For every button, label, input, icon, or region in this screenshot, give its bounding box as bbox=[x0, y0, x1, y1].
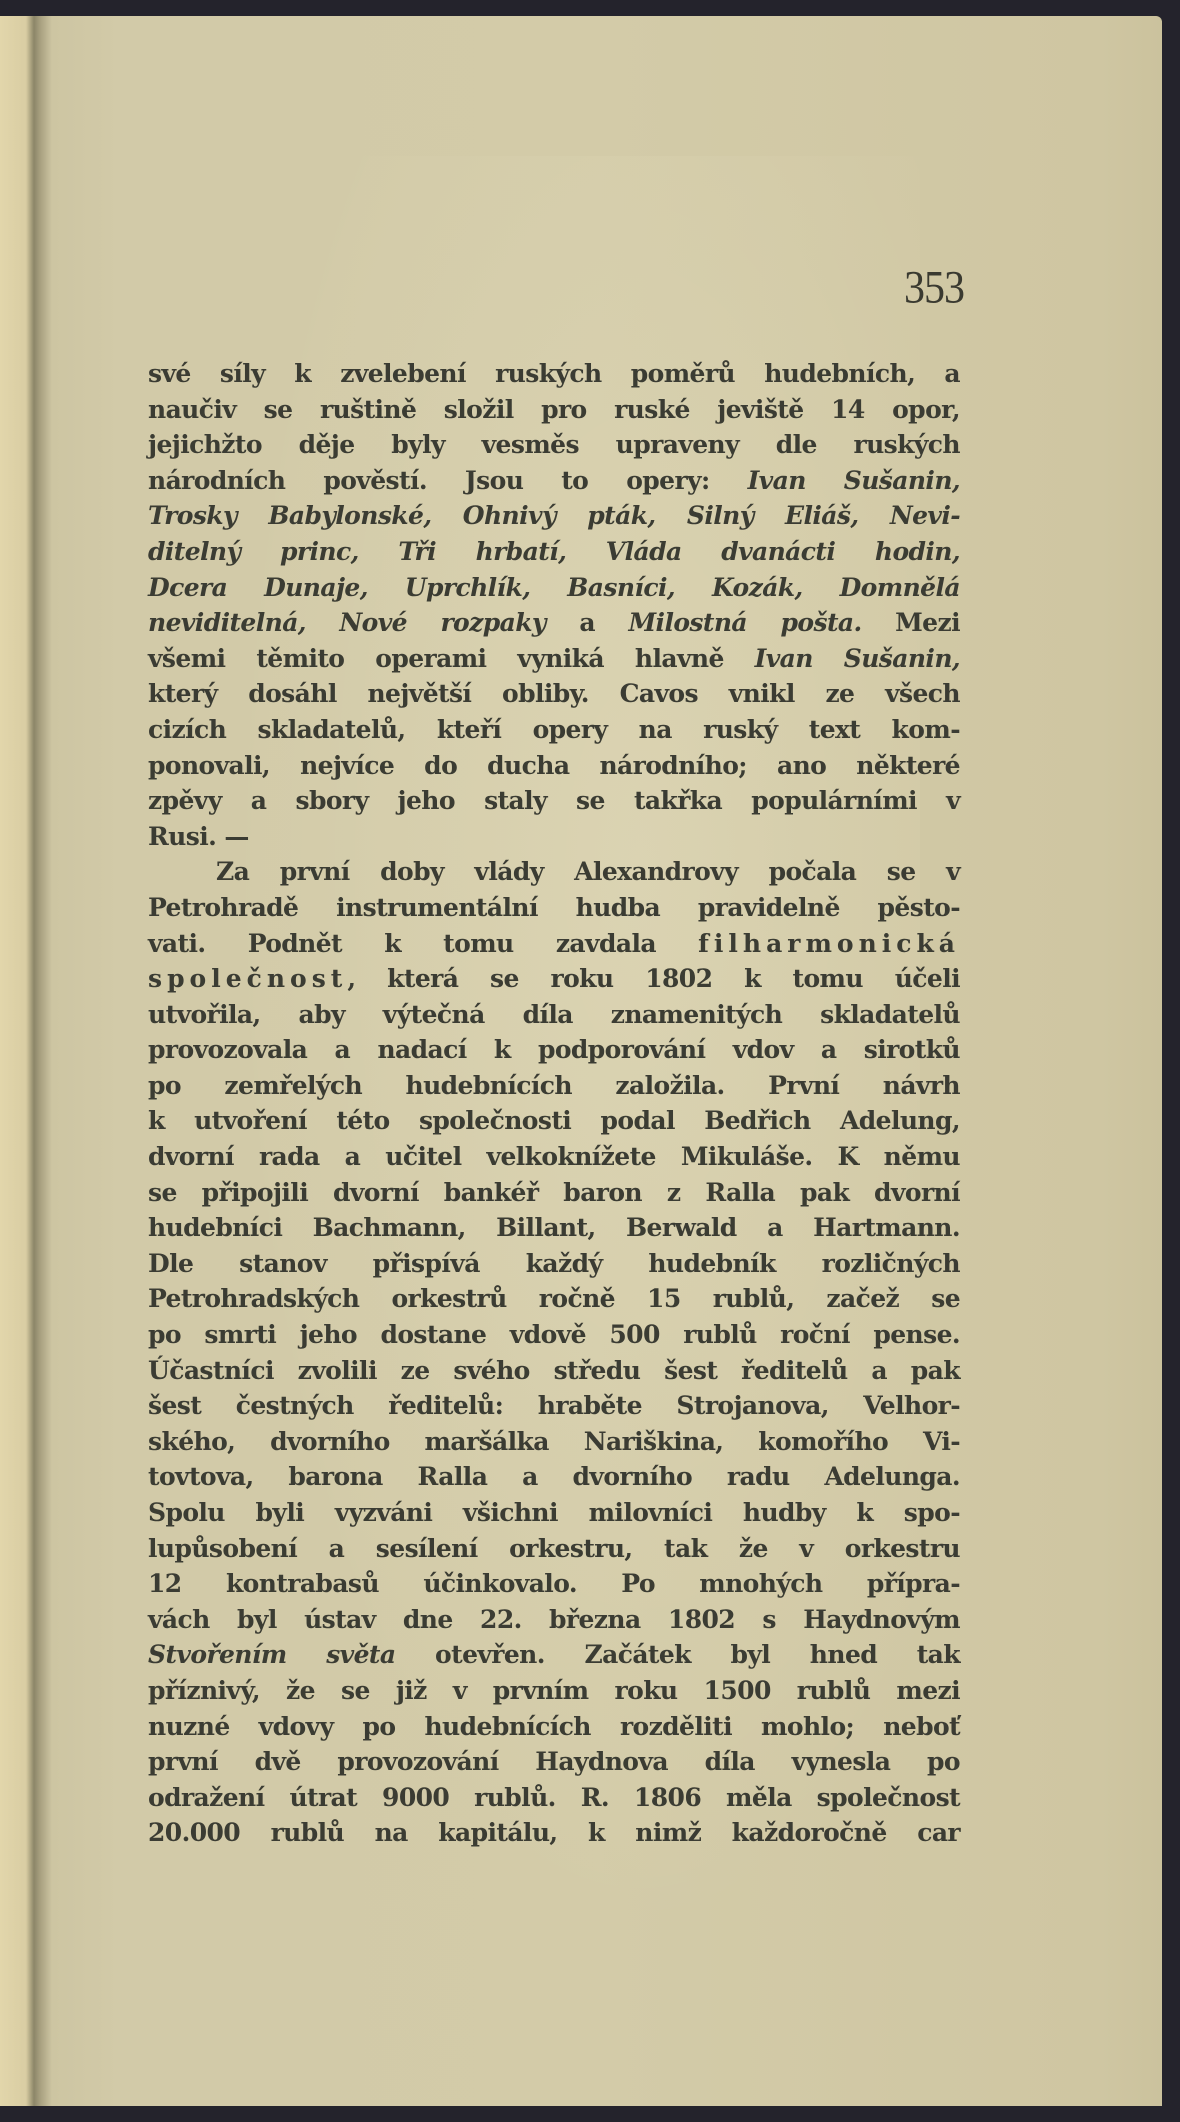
text-line: provozovala a nadací k podporování vdov … bbox=[148, 1032, 960, 1068]
text-line: Stvořením světa otevřen. Začátek byl hne… bbox=[148, 1637, 960, 1673]
text-segment: nuzné vdovy po hudebnících rozděliti moh… bbox=[148, 1712, 960, 1741]
text-segment: vách byl ústav dne 22. března 1802 s Hay… bbox=[148, 1605, 960, 1634]
text-line: Spolu byli vyzváni všichni milovníci hud… bbox=[148, 1495, 960, 1531]
text-line: všemi těmito operami vyniká hlavně Ivan … bbox=[148, 641, 960, 677]
text-segment: šest čestných ředitelů: hraběte Strojano… bbox=[148, 1391, 960, 1420]
text-line: jejichžto děje byly vesměs upraveny dle … bbox=[148, 427, 960, 463]
text-line: 20.000 rublů na kapitálu, k nimž každoro… bbox=[148, 1815, 960, 1851]
text-line: vati. Podnět k tomu zavdala filharmonick… bbox=[148, 926, 960, 962]
text-line: příznivý, že se již v prvním roku 1500 r… bbox=[148, 1673, 960, 1709]
text-line: který dosáhl největší obliby. Cavos vnik… bbox=[148, 676, 960, 712]
italic-title: Trosky Babylonské, Ohnivý pták, Silný El… bbox=[148, 501, 960, 530]
text-segment: vati. Podnět k tomu zavdala bbox=[148, 929, 698, 958]
text-line: tovtova, barona Ralla a dvorního radu Ad… bbox=[148, 1459, 960, 1495]
text-line: nuzné vdovy po hudebnících rozděliti moh… bbox=[148, 1709, 960, 1745]
text-line: k utvoření této společnosti podal Bedřic… bbox=[148, 1103, 960, 1139]
text-segment: který dosáhl největší obliby. Cavos vnik… bbox=[148, 679, 960, 708]
text-segment: Rusi. — bbox=[148, 822, 249, 851]
text-line: po zemřelých hudebnících založila. První… bbox=[148, 1068, 960, 1104]
text-segment: provozovala a nadací k podporování vdov … bbox=[148, 1035, 960, 1064]
text-line: se připojili dvorní bankéř baron z Ralla… bbox=[148, 1175, 960, 1211]
text-segment: otevřen. Začátek byl hned tak bbox=[395, 1640, 960, 1669]
text-segment: a bbox=[546, 608, 629, 637]
italic-title: ditelný princ, Tři hrbatí, Vláda dvanáct… bbox=[148, 537, 960, 566]
text-segment: první dvě provozování Haydnova díla vyne… bbox=[148, 1747, 960, 1776]
text-segment: Petrohradských orkestrů ročně 15 rublů, … bbox=[148, 1284, 960, 1313]
text-line: Dle stanov přispívá každý hudebník rozli… bbox=[148, 1246, 960, 1282]
text-segment: 12 kontrabasů účinkovalo. Po mnohých pří… bbox=[148, 1569, 960, 1598]
text-line: Petrohradských orkestrů ročně 15 rublů, … bbox=[148, 1281, 960, 1317]
text-line: utvořila, aby výtečná díla znamenitých s… bbox=[148, 997, 960, 1033]
text-line: Trosky Babylonské, Ohnivý pták, Silný El… bbox=[148, 498, 960, 534]
text-segment: se připojili dvorní bankéř baron z Ralla… bbox=[148, 1178, 960, 1207]
text-line: ditelný princ, Tři hrbatí, Vláda dvanáct… bbox=[148, 534, 960, 570]
page-number: 353 bbox=[884, 262, 964, 315]
text-segment: všemi těmito operami vyniká hlavně bbox=[148, 644, 755, 673]
text-segment: Spolu byli vyzváni všichni milovníci hud… bbox=[148, 1498, 960, 1527]
text-segment: dvorní rada a učitel velkoknížete Mikulá… bbox=[148, 1142, 960, 1171]
text-line: šest čestných ředitelů: hraběte Strojano… bbox=[148, 1388, 960, 1424]
italic-title: Milostná pošta. bbox=[628, 608, 861, 637]
text-line: první dvě provozování Haydnova díla vyne… bbox=[148, 1744, 960, 1780]
italic-title: Ivan Sušanin, bbox=[755, 644, 960, 673]
text-segment: po smrti jeho dostane vdově 500 rublů ro… bbox=[148, 1320, 960, 1349]
text-segment: příznivý, že se již v prvním roku 1500 r… bbox=[148, 1676, 960, 1705]
text-segment: lupůsobení a sesílení orkestru, tak že v… bbox=[148, 1534, 960, 1563]
text-segment: tovtova, barona Ralla a dvorního radu Ad… bbox=[148, 1462, 960, 1491]
text-line: hudebníci Bachmann, Billant, Berwald a H… bbox=[148, 1210, 960, 1246]
text-segment: po zemřelých hudebnících založila. První… bbox=[148, 1071, 960, 1100]
spaced-emphasis: filharmonická bbox=[698, 929, 960, 958]
text-line: zpěvy a sbory jeho staly se takřka popul… bbox=[148, 783, 960, 819]
text-line: ského, dvorního maršálka Nariškina, komo… bbox=[148, 1424, 960, 1460]
text-segment: naučiv se ruštině složil pro ruské jeviš… bbox=[148, 395, 960, 424]
text-segment: Účastníci zvolili ze svého středu šest ř… bbox=[148, 1356, 960, 1385]
text-line: ponovali, nejvíce do ducha národního; an… bbox=[148, 748, 960, 784]
text-segment: své síly k zvelebení ruských poměrů hude… bbox=[148, 359, 960, 388]
text-line: naučiv se ruštině složil pro ruské jeviš… bbox=[148, 392, 960, 428]
body-text: své síly k zvelebení ruských poměrů hude… bbox=[148, 356, 960, 1851]
text-line: národních pověstí. Jsou to opery: Ivan S… bbox=[148, 463, 960, 499]
text-line: neviditelná, Nové rozpaky a Milostná poš… bbox=[148, 605, 960, 641]
italic-title: neviditelná, Nové rozpaky bbox=[148, 608, 546, 637]
text-segment: Mezi bbox=[862, 608, 960, 637]
text-line: své síly k zvelebení ruských poměrů hude… bbox=[148, 356, 960, 392]
text-line: společnost, která se roku 1802 k tomu úč… bbox=[148, 961, 960, 997]
italic-title: Dcera Dunaje, Uprchlík, Basníci, Kozák, … bbox=[148, 573, 960, 602]
text-line: lupůsobení a sesílení orkestru, tak že v… bbox=[148, 1531, 960, 1567]
text-segment: hudebníci Bachmann, Billant, Berwald a H… bbox=[148, 1213, 960, 1242]
text-segment: ponovali, nejvíce do ducha národního; an… bbox=[148, 751, 960, 780]
text-segment: utvořila, aby výtečná díla znamenitých s… bbox=[148, 1000, 960, 1029]
text-segment: , která se roku 1802 k tomu účeli bbox=[347, 964, 960, 993]
text-line: odražení útrat 9000 rublů. R. 1806 měla … bbox=[148, 1780, 960, 1816]
spaced-emphasis: společnost bbox=[148, 964, 347, 993]
text-segment: k utvoření této společnosti podal Bedřic… bbox=[148, 1106, 960, 1135]
text-line: po smrti jeho dostane vdově 500 rublů ro… bbox=[148, 1317, 960, 1353]
text-segment: odražení útrat 9000 rublů. R. 1806 měla … bbox=[148, 1783, 960, 1812]
text-segment: Dle stanov přispívá každý hudebník rozli… bbox=[148, 1249, 960, 1278]
text-line: Rusi. — bbox=[148, 819, 960, 855]
text-line: dvorní rada a učitel velkoknížete Mikulá… bbox=[148, 1139, 960, 1175]
text-line: cizích skladatelů, kteří opery na ruský … bbox=[148, 712, 960, 748]
text-segment: ského, dvorního maršálka Nariškina, komo… bbox=[148, 1427, 960, 1456]
text-segment: Petrohradě instrumentální hudba pravidel… bbox=[148, 893, 960, 922]
text-line: Za první doby vlády Alexandrovy počala s… bbox=[148, 854, 960, 890]
text-segment: zpěvy a sbory jeho staly se takřka popul… bbox=[148, 786, 960, 815]
text-segment: jejichžto děje byly vesměs upraveny dle … bbox=[148, 430, 960, 459]
text-segment: národních pověstí. Jsou to opery: bbox=[148, 466, 748, 495]
text-line: vách byl ústav dne 22. března 1802 s Hay… bbox=[148, 1602, 960, 1638]
italic-title: Stvořením světa bbox=[148, 1640, 395, 1669]
text-segment: 20.000 rublů na kapitálu, k nimž každoro… bbox=[148, 1818, 960, 1847]
text-line: Petrohradě instrumentální hudba pravidel… bbox=[148, 890, 960, 926]
text-line: 12 kontrabasů účinkovalo. Po mnohých pří… bbox=[148, 1566, 960, 1602]
text-line: Účastníci zvolili ze svého středu šest ř… bbox=[148, 1353, 960, 1389]
text-line: Dcera Dunaje, Uprchlík, Basníci, Kozák, … bbox=[148, 570, 960, 606]
book-page: 353 své síly k zvelebení ruských poměrů … bbox=[0, 16, 1162, 2106]
italic-title: Ivan Sušanin, bbox=[748, 466, 960, 495]
text-segment: cizích skladatelů, kteří opery na ruský … bbox=[148, 715, 960, 744]
text-segment: Za první doby vlády Alexandrovy počala s… bbox=[216, 857, 960, 886]
